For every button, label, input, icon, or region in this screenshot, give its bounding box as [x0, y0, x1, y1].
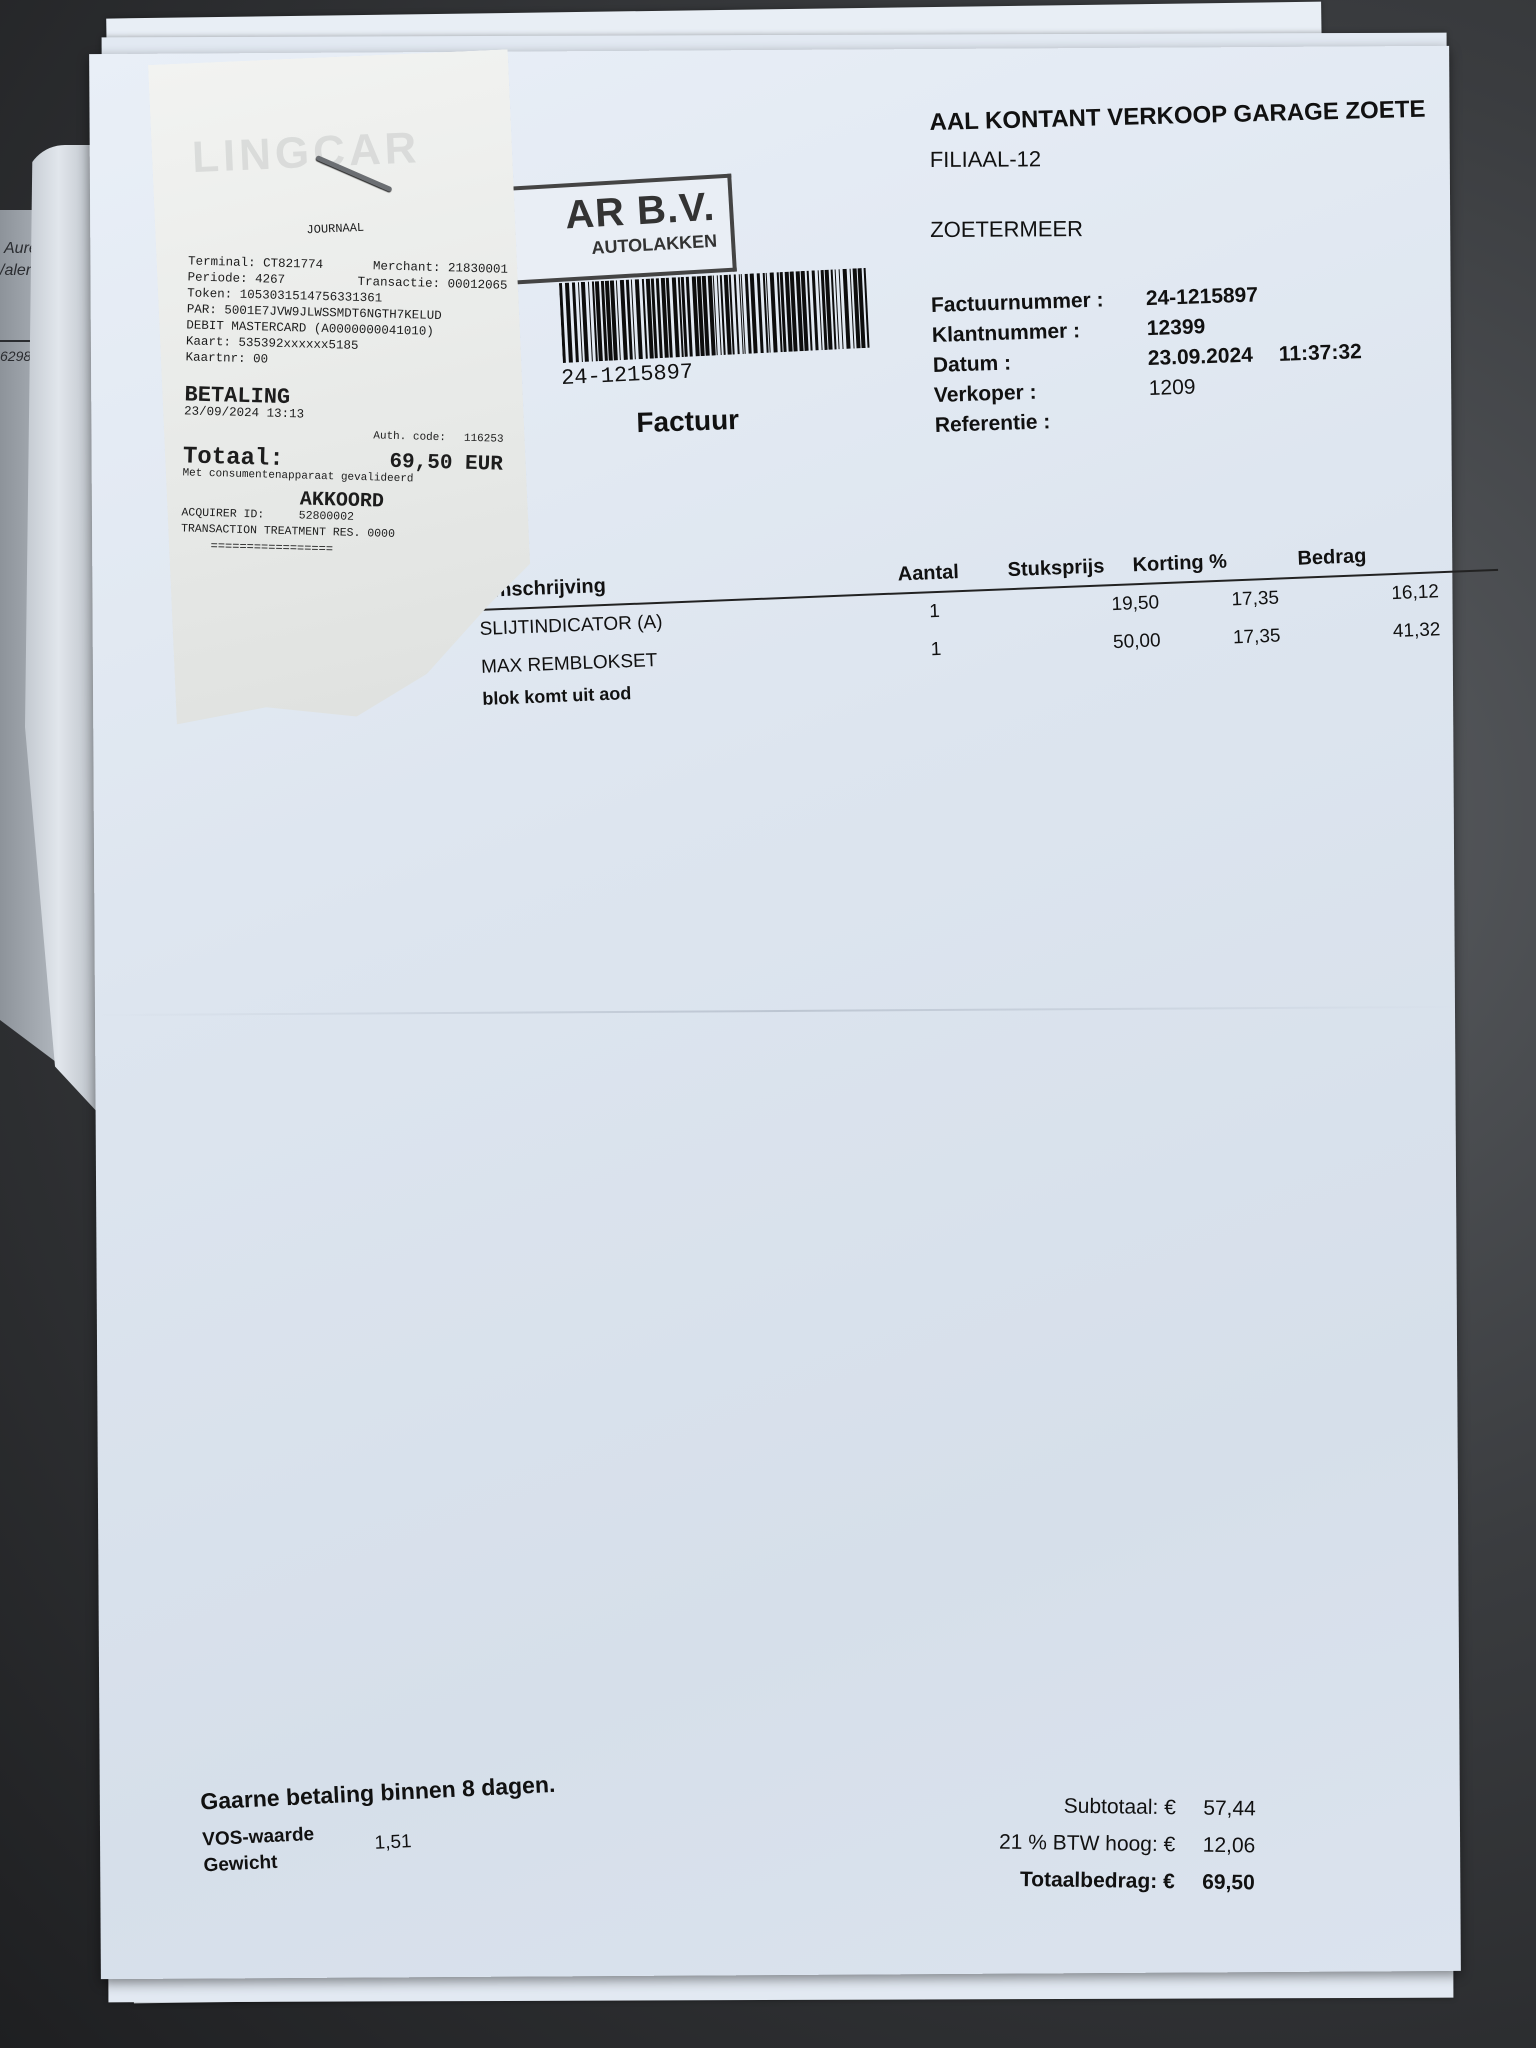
- invoice-meta: Factuurnummer : 24-1215897 Klantnummer :…: [931, 280, 1365, 444]
- invoice-number-label: Factuurnummer :: [931, 287, 1147, 318]
- header-quantity: Aantal: [897, 561, 959, 586]
- background-text-fragment: 6298: [0, 348, 31, 364]
- receipt-watermark: LINGCAR: [191, 123, 421, 183]
- receipt-auth-code: 116253: [464, 431, 504, 448]
- invoice-number: 24-1215897: [1146, 283, 1259, 311]
- totals-block: Subtotaal: € 57,44 21 % BTW hoog: € 12,0…: [998, 1794, 1256, 1909]
- line-items-table: Omschrijving Aantal Stuksprijs Korting %…: [392, 529, 1502, 713]
- subtotal-label: Subtotaal: €: [1064, 1795, 1176, 1821]
- item-description: SLIJTINDICATOR (A): [479, 612, 663, 641]
- payment-terms: Gaarne betaling binnen 8 dagen.: [200, 1771, 556, 1816]
- receipt-title: JOURNAAL: [155, 214, 515, 244]
- company-city: ZOETERMEER: [930, 214, 1426, 243]
- item-discount: 17,35: [1135, 626, 1281, 654]
- item-description: MAX REMBLOKSET: [481, 650, 658, 679]
- weight-label: Gewicht: [203, 1848, 316, 1880]
- document-title: Factuur: [636, 404, 740, 439]
- header-discount: Korting %: [1132, 551, 1227, 578]
- subtotal-row: Subtotaal: € 57,44: [999, 1794, 1256, 1835]
- item-amount: 16,12: [1269, 581, 1440, 610]
- vat-value: 12,06: [1175, 1833, 1255, 1858]
- company-branch: FILIAAL-12: [930, 144, 1426, 173]
- seller-id: 1209: [1148, 376, 1195, 401]
- header-unit-price: Stuksprijs: [1007, 555, 1105, 582]
- company-name: AAL KONTANT VERKOOP GARAGE ZOETE: [929, 96, 1426, 137]
- total-row: Totaalbedrag: € 69,50: [998, 1868, 1255, 1909]
- barcode: [559, 268, 873, 363]
- subtotal-value: 57,44: [1176, 1796, 1256, 1821]
- item-amount: 41,32: [1270, 619, 1441, 648]
- logo-name: AR B.V.: [564, 185, 716, 239]
- vat-label: 21 % BTW hoog: €: [999, 1831, 1176, 1858]
- payment-terms-block: Gaarne betaling binnen 8 dagen. VOS-waar…: [200, 1771, 559, 1880]
- customer-number: 12399: [1146, 315, 1205, 341]
- barcode-number: 24-1215897: [561, 360, 694, 392]
- company-address: AAL KONTANT VERKOOP GARAGE ZOETE FILIAAL…: [929, 106, 1426, 243]
- total-label: Totaalbedrag: €: [1020, 1868, 1175, 1894]
- invoice-time: 11:37:32: [1278, 340, 1362, 367]
- invoice-date: 23.09.2024: [1147, 344, 1253, 371]
- vos-value: 1,51: [374, 1831, 413, 1871]
- header-amount: Bedrag: [1297, 545, 1367, 571]
- item-quantity: 1: [929, 601, 940, 623]
- vos-label: VOS-waarde: [202, 1822, 315, 1854]
- item-quantity: 1: [930, 639, 941, 661]
- total-value: 69,50: [1175, 1870, 1255, 1895]
- vat-row: 21 % BTW hoog: € 12,06: [999, 1831, 1256, 1872]
- vos-block: VOS-waarde Gewicht 1,51: [202, 1810, 559, 1880]
- receipt-auth-label: Auth. code:: [373, 428, 446, 446]
- background-text-fragment: /alen: [0, 262, 35, 280]
- paper-fold-line: [95, 1006, 1455, 1016]
- item-discount: 17,35: [1134, 588, 1280, 616]
- vos-labels: VOS-waarde Gewicht: [202, 1822, 316, 1880]
- receipt-body: Terminal: CT821774 Merchant: 21830001 Pe…: [180, 253, 508, 561]
